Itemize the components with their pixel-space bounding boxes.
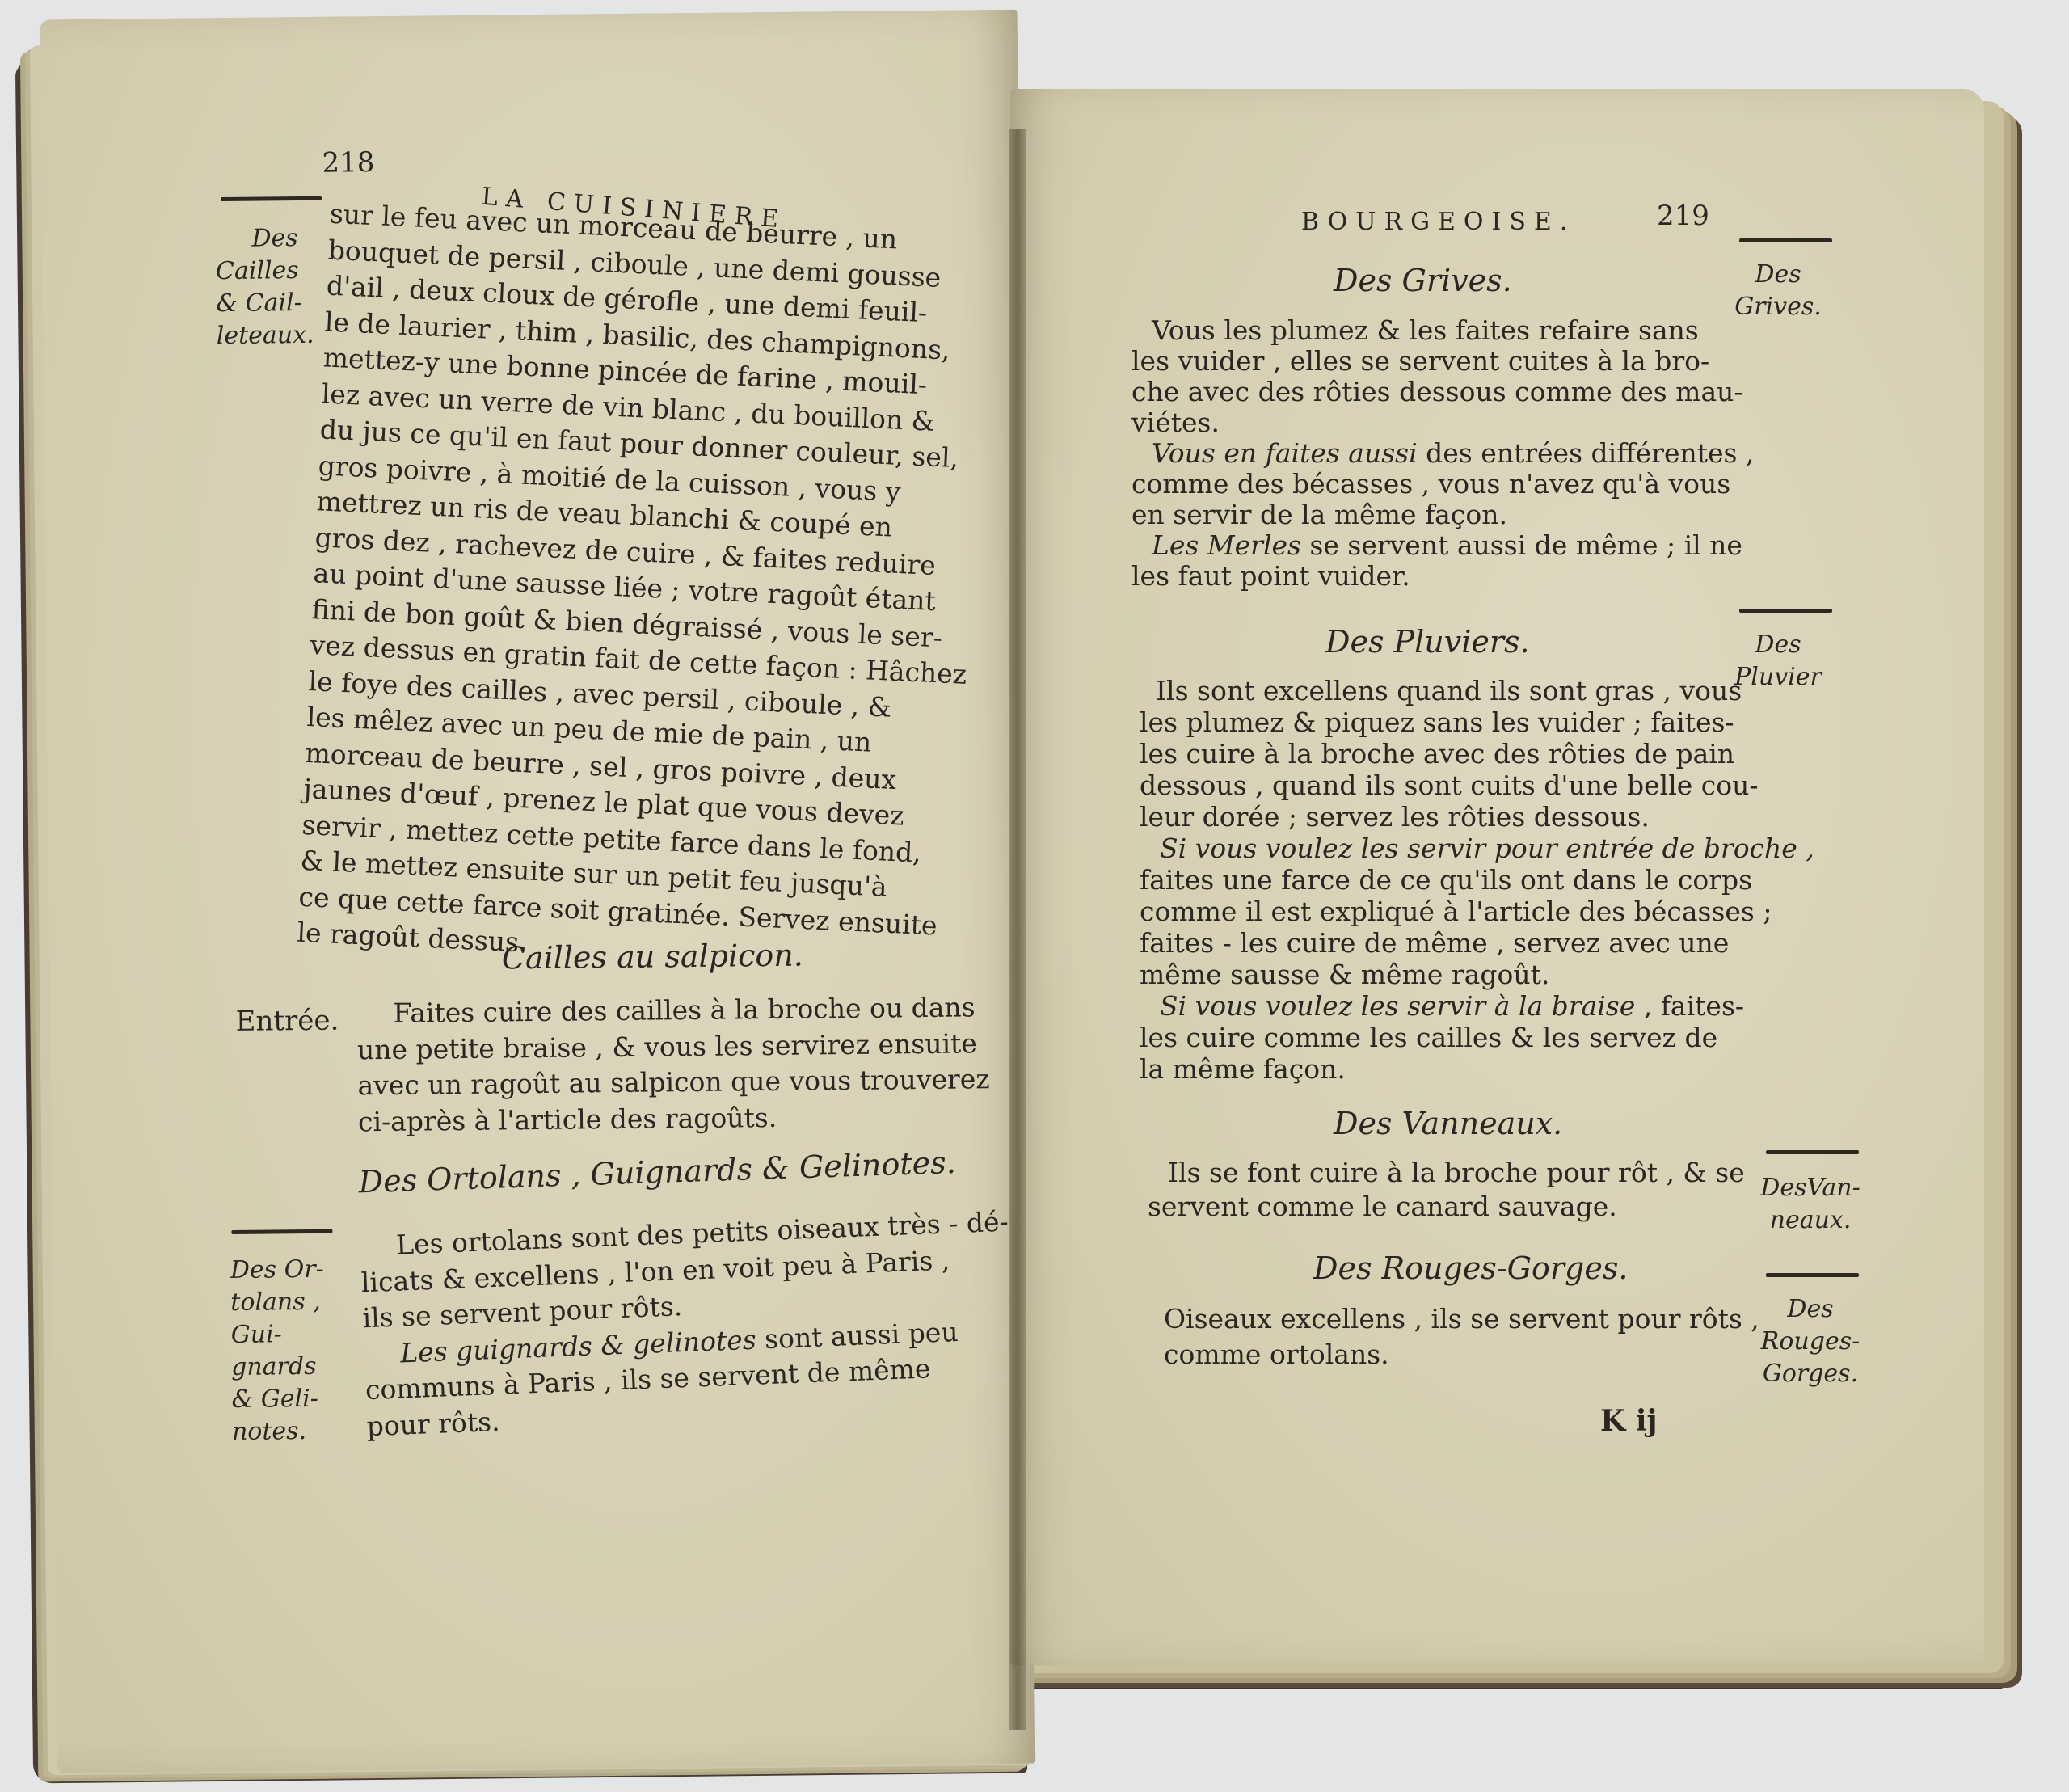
margin-rule (1766, 1273, 1859, 1277)
right-page-number: 219 (1657, 202, 1709, 230)
heading-vanneaux: Des Vanneaux. (1334, 1106, 1562, 1141)
margin-rule (231, 1229, 332, 1234)
margin-note-ortolans: Des Or- tolans , Gui- gnards & Geli- not… (230, 1254, 346, 1448)
margin-note-cailles: Des Cailles & Cail- leteaux. (215, 222, 338, 353)
signature-mark: K ij (1600, 1406, 1658, 1436)
margin-rule (1739, 609, 1832, 613)
book-gutter (1009, 129, 1026, 1730)
right-section-pluviers: Ils sont excellens quand ils sont gras ,… (1140, 675, 1814, 1085)
heading-grives: Des Grives. (1334, 263, 1512, 298)
left-text-block-1: sur le feu avec un morceau de beurre , u… (297, 196, 988, 980)
heading-ortolans: Des Ortolans , Guignards & Gelinotes. (358, 1145, 956, 1200)
margin-note-vanneaux: DesVan- neaux. (1754, 1172, 1867, 1237)
heading-rouges-gorges: Des Rouges-Gorges. (1313, 1250, 1628, 1286)
right-running-head: BOURGEOISE. (1301, 210, 1575, 234)
margin-rule (1739, 238, 1832, 242)
left-text-block-3: Les ortolans sont des petits oiseaux trè… (359, 1204, 1016, 1445)
right-section-rouges-gorges: Oiseaux excellens , ils se servent pour … (1164, 1301, 1759, 1372)
left-text-block-2: Faites cuire des cailles à la broche ou … (356, 989, 990, 1140)
right-section-grives: Vous les plumez & les faites refaire san… (1131, 315, 1754, 592)
margin-note-rouges-gorges: Des Rouges- Gorges. (1754, 1293, 1867, 1390)
margin-note-entree: Entrée. (235, 1005, 339, 1038)
heading-pluviers: Des Pluviers. (1325, 624, 1530, 660)
margin-note-grives: Des Grives. (1721, 259, 1835, 323)
left-page: 218 LA CUISINIERE Des Cailles & Cail- le… (40, 10, 1036, 1774)
heading-cailles-salpicon: Cailles au salpicon. (502, 938, 803, 976)
margin-rule (1766, 1150, 1859, 1154)
left-page-number: 218 (322, 149, 374, 177)
right-section-vanneaux: Ils se font cuire à la broche pour rôt ,… (1148, 1156, 1745, 1224)
margin-rule (221, 196, 322, 201)
right-page: BOURGEOISE. 219 Des Grives. Des Grives. … (1010, 89, 1984, 1665)
